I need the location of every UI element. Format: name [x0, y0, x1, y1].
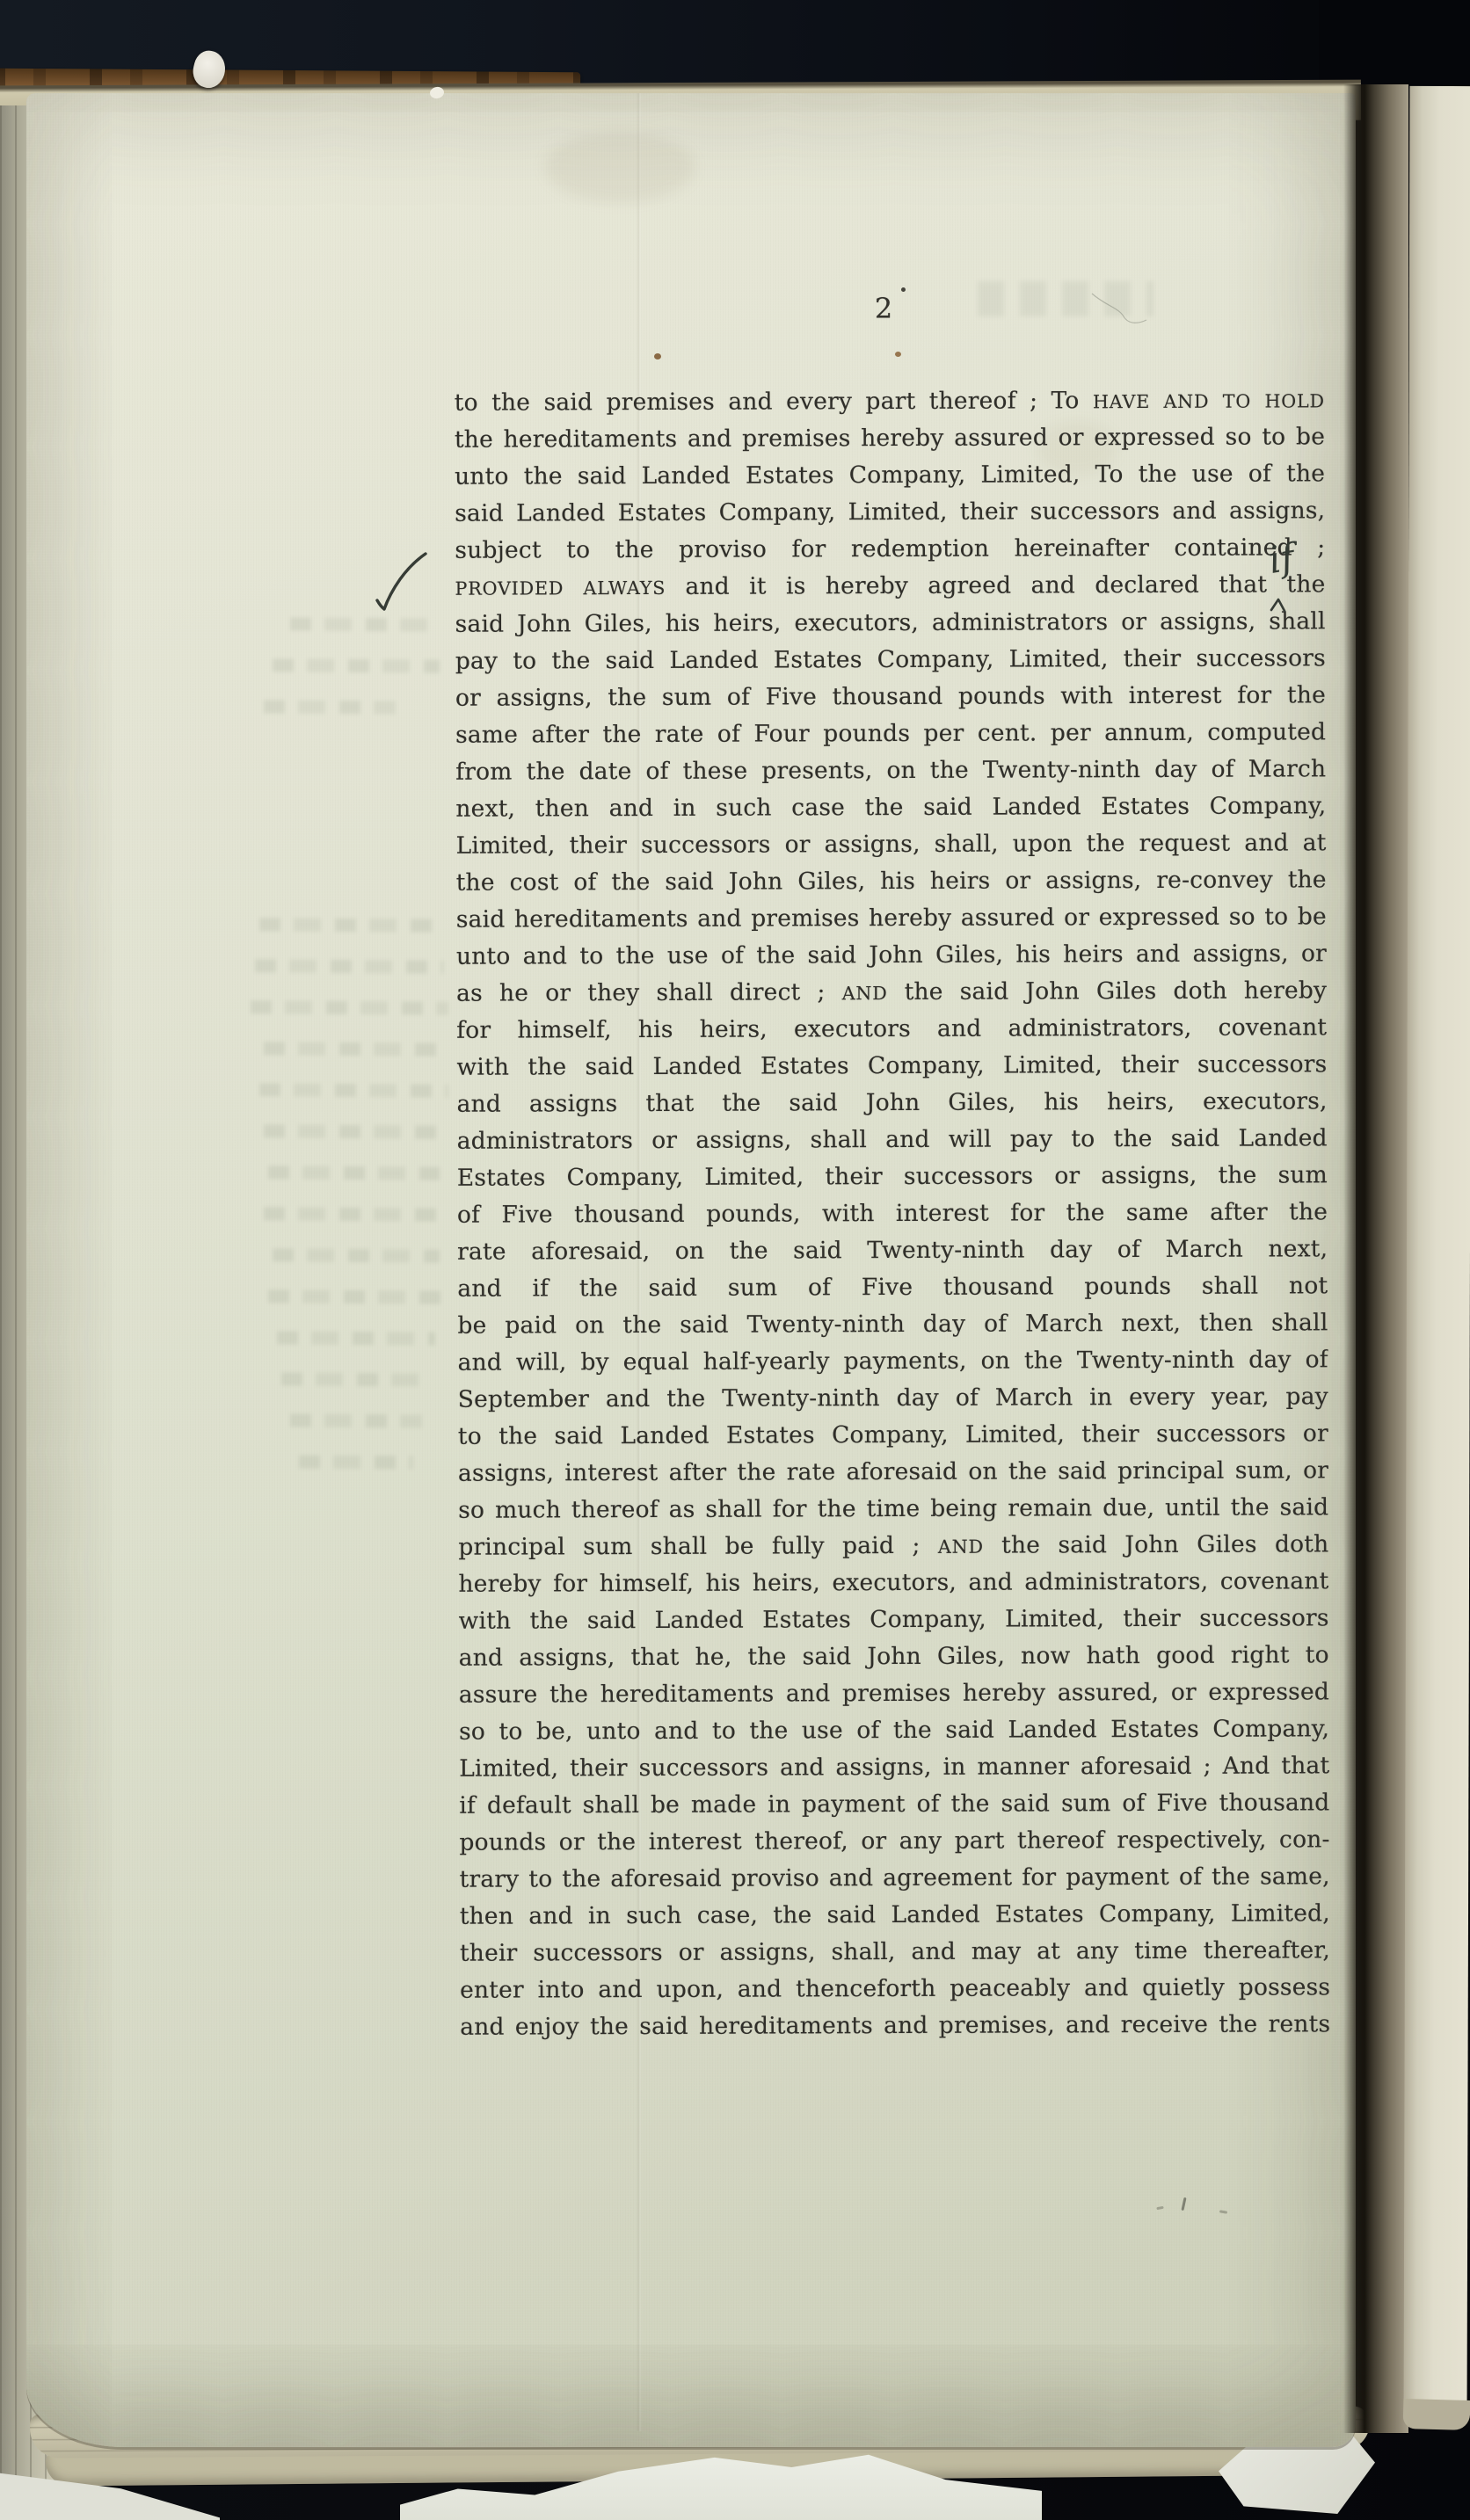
text-line: for himself, his heirs, executors and ad… — [456, 1009, 1327, 1049]
text-line: pounds or the interest thereof, or any p… — [459, 1821, 1329, 1861]
text-line: be paid on the said Twenty-ninth day of … — [457, 1304, 1328, 1344]
inserted-word-if: if — [1265, 534, 1303, 582]
text-line: enter into and upon, and thenceforth pea… — [460, 1969, 1330, 2008]
text-line: and if the said sum of Five thousand pou… — [457, 1267, 1328, 1307]
page-number: 2 — [857, 292, 910, 325]
text-line: pay to the said Landed Estates Company, … — [455, 640, 1326, 679]
facing-page-bottom-edge — [1403, 2399, 1470, 2430]
text-line: rate aforesaid, on the said Twenty-ninth… — [457, 1231, 1328, 1270]
text-line: September and the Twenty-ninth day of Ma… — [458, 1378, 1328, 1418]
facing-page-edge — [1404, 86, 1470, 2410]
text-line: or assigns, the sum of Five thousand pou… — [455, 677, 1326, 716]
text-line: of Five thousand pounds, with interest f… — [457, 1194, 1328, 1233]
text-line: so to be, unto and to the use of the sai… — [459, 1710, 1329, 1750]
text-line: the hereditaments and premises hereby as… — [455, 418, 1325, 458]
text-line: subject to the proviso for redemption he… — [455, 529, 1325, 569]
text-line: the cost of the said John Giles, his hei… — [456, 861, 1327, 901]
text-line: as he or they shall direct ; AND the sai… — [456, 972, 1327, 1012]
text-line: Limited, their successors and assigns, i… — [459, 1747, 1329, 1787]
text-line: unto the said Landed Estates Company, Li… — [455, 455, 1325, 495]
book-scan: 2 to the said premises and every part th… — [0, 0, 1470, 2520]
text-line: assigns, interest after the rate aforesa… — [458, 1452, 1328, 1492]
text-line: principal sum shall be fully paid ; AND … — [458, 1526, 1328, 1565]
page-gutter-shadow — [1343, 84, 1408, 2433]
text-line: with the said Landed Estates Company, Li… — [459, 1600, 1329, 1639]
text-line: to the said Landed Estates Company, Limi… — [458, 1415, 1328, 1455]
text-line: PROVIDED ALWAYS and it is hereby agreed … — [455, 566, 1325, 606]
text-line: Estates Company, Limited, their successo… — [457, 1157, 1328, 1196]
text-line: to the said premises and every part ther… — [455, 381, 1325, 421]
handwritten-insertion: if — [1255, 529, 1326, 621]
text-line: if default shall be made in payment of t… — [459, 1784, 1329, 1824]
text-line: hereby for himself, his heirs, executors… — [458, 1563, 1328, 1602]
text-line: said John Giles, his heirs, executors, a… — [455, 603, 1326, 643]
text-line: said Landed Estates Company, Limited, th… — [455, 492, 1325, 532]
text-line: with the said Landed Estates Company, Li… — [456, 1046, 1327, 1086]
insertion-caret-icon — [1271, 599, 1284, 611]
text-line: assure the hereditaments and premises he… — [459, 1674, 1329, 1713]
text-line: their successors or assigns, shall, and … — [460, 1932, 1330, 1972]
text-line: and will, by equal half-yearly payments,… — [458, 1341, 1328, 1381]
handwritten-checkmark — [373, 550, 438, 617]
text-line: and enjoy the said hereditaments and pre… — [460, 2006, 1330, 2045]
text-line: next, then and in such case the said Lan… — [455, 788, 1326, 827]
text-line: and assigns that the said John Giles, hi… — [456, 1083, 1327, 1122]
text-line: said hereditaments and premises hereby a… — [456, 898, 1327, 938]
text-line: administrators or assigns, shall and wil… — [457, 1120, 1328, 1159]
text-line: trary to the aforesaid proviso and agree… — [460, 1858, 1330, 1898]
text-line: Limited, their successors or assigns, sh… — [455, 824, 1326, 864]
text-line: then and in such case, the said Landed E… — [460, 1895, 1330, 1935]
text-line: and assigns, that he, the said John Gile… — [459, 1637, 1329, 1676]
document-text-block: to the said premises and every part ther… — [455, 381, 1331, 2045]
text-line: so much thereof as shall for the time be… — [458, 1489, 1328, 1529]
text-line: same after the rate of Four pounds per c… — [455, 714, 1326, 753]
text-line: from the date of these presents, on the … — [455, 751, 1326, 790]
text-line: unto and to the use of the said John Gil… — [456, 935, 1327, 975]
